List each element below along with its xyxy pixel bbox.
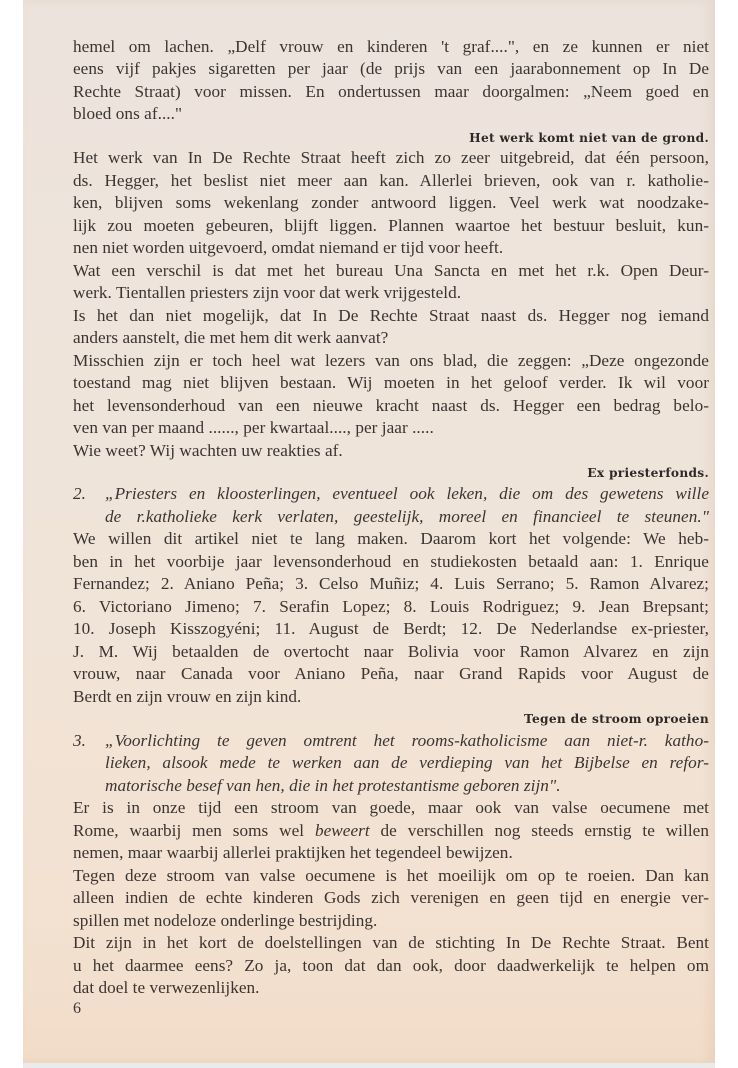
page-bottom-edge	[23, 1063, 715, 1068]
text-line: Fernandez; 2. Aniano Peña; 3. Celso Muñi…	[73, 573, 709, 595]
numbered-quote-3-line: 3.„Voorlichting te geven omtrent het roo…	[73, 730, 709, 752]
text-line: Berdt en zijn vrouw en zijn kind.	[73, 686, 709, 708]
quote-text: lieken, alsook mede te werken aan de ver…	[105, 752, 709, 774]
text-line: Het werk van In De Rechte Straat heeft z…	[73, 147, 709, 169]
section-heading-ex-priesterfonds: Ex priesterfonds.	[587, 465, 709, 481]
text-line: alleen indien de echte kinderen Gods zic…	[73, 887, 709, 909]
text-line: eens vijf pakjes sigaretten per jaar (de…	[73, 58, 709, 80]
text-line: Wie weet? Wij wachten uw reakties af.	[73, 440, 709, 462]
list-number: 3.	[73, 730, 105, 752]
text-line: Rome, waarbij men soms wel beweert de ve…	[73, 820, 709, 842]
text-line: nemen, maar waarbij allerlei praktijken …	[73, 842, 709, 864]
text-line: het levensonderhoud van een nieuwe krach…	[73, 395, 709, 417]
text-line: Misschien zijn er toch heel wat lezers v…	[73, 350, 709, 372]
quote-text: de r.katholieke kerk verlaten, geestelij…	[105, 506, 709, 528]
text-line: 6. Victoriano Jimeno; 7. Serafin Lopez; …	[73, 596, 709, 618]
quote-text: matorische besef van hen, die in het pro…	[105, 775, 709, 797]
text-line: We willen dit artikel niet te lang maken…	[73, 528, 709, 550]
text-line: Is het dan niet mogelijk, dat In De Rech…	[73, 305, 709, 327]
text-line: anders aanstelt, die met hem dit werk aa…	[73, 327, 709, 349]
section-heading-tegen-de-stroom: Tegen de stroom oproeien	[524, 711, 709, 727]
section-heading-werk: Het werk komt niet van de grond.	[469, 130, 709, 146]
quote-text: „Voorlichting te geven omtrent het rooms…	[105, 731, 709, 750]
text-line: Er is in onze tijd een stroom van goede,…	[73, 797, 709, 819]
text-line: Rechte Straat) voor missen. En ondertuss…	[73, 81, 709, 103]
text-line: toestand mag niet blijven bestaan. Wij m…	[73, 372, 709, 394]
text-line: Wat een verschil is dat met het bureau U…	[73, 260, 709, 282]
text-line: nen niet worden uitgevoerd, omdat nieman…	[73, 237, 709, 259]
numbered-quote-2-line: 2.„Priesters en kloosterlingen, eventuee…	[73, 483, 709, 505]
text-span: Rome, waarbij men soms wel	[73, 821, 315, 840]
text-line: dat doel te verwezenlijken.	[73, 977, 709, 999]
text-line: 10. Joseph Kisszogyéni; 11. August de Be…	[73, 618, 709, 640]
list-number: 2.	[73, 483, 105, 505]
text-line: ds. Hegger, het beslist niet meer aan ka…	[73, 170, 709, 192]
text-line: lijk zou moeten gebeuren, blijft liggen.…	[73, 215, 709, 237]
emphasis-text: beweert	[315, 821, 370, 840]
text-span: de verschillen nog steeds ernstig te wil…	[370, 821, 709, 840]
text-line: bloed ons af...."	[73, 103, 709, 125]
quote-text: „Priesters en kloosterlingen, eventueel …	[105, 484, 709, 503]
text-line: hemel om lachen. „Delf vrouw en kinderen…	[73, 36, 709, 58]
text-line: vrouw, naar Canada voor Aniano Peña, naa…	[73, 663, 709, 685]
text-line: spillen met nodeloze onderlinge bestrijd…	[73, 910, 709, 932]
text-line: ven van per maand ......, per kwartaal..…	[73, 417, 709, 439]
text-line: Tegen deze stroom van valse oecumene is …	[73, 865, 709, 887]
text-line: werk. Tientallen priesters zijn voor dat…	[73, 282, 709, 304]
text-line: Dit zijn in het kort de doelstellingen v…	[73, 932, 709, 954]
text-line: u het daarmee eens? Zo ja, toon dat dan …	[73, 955, 709, 977]
text-line: ben in het voorbije jaar levensonderhoud…	[73, 551, 709, 573]
page-number: 6	[73, 1000, 81, 1018]
text-line: ken, blijven soms wekenlang zonder antwo…	[73, 192, 709, 214]
text-line: J. M. Wij betaalden de overtocht naar Bo…	[73, 641, 709, 663]
